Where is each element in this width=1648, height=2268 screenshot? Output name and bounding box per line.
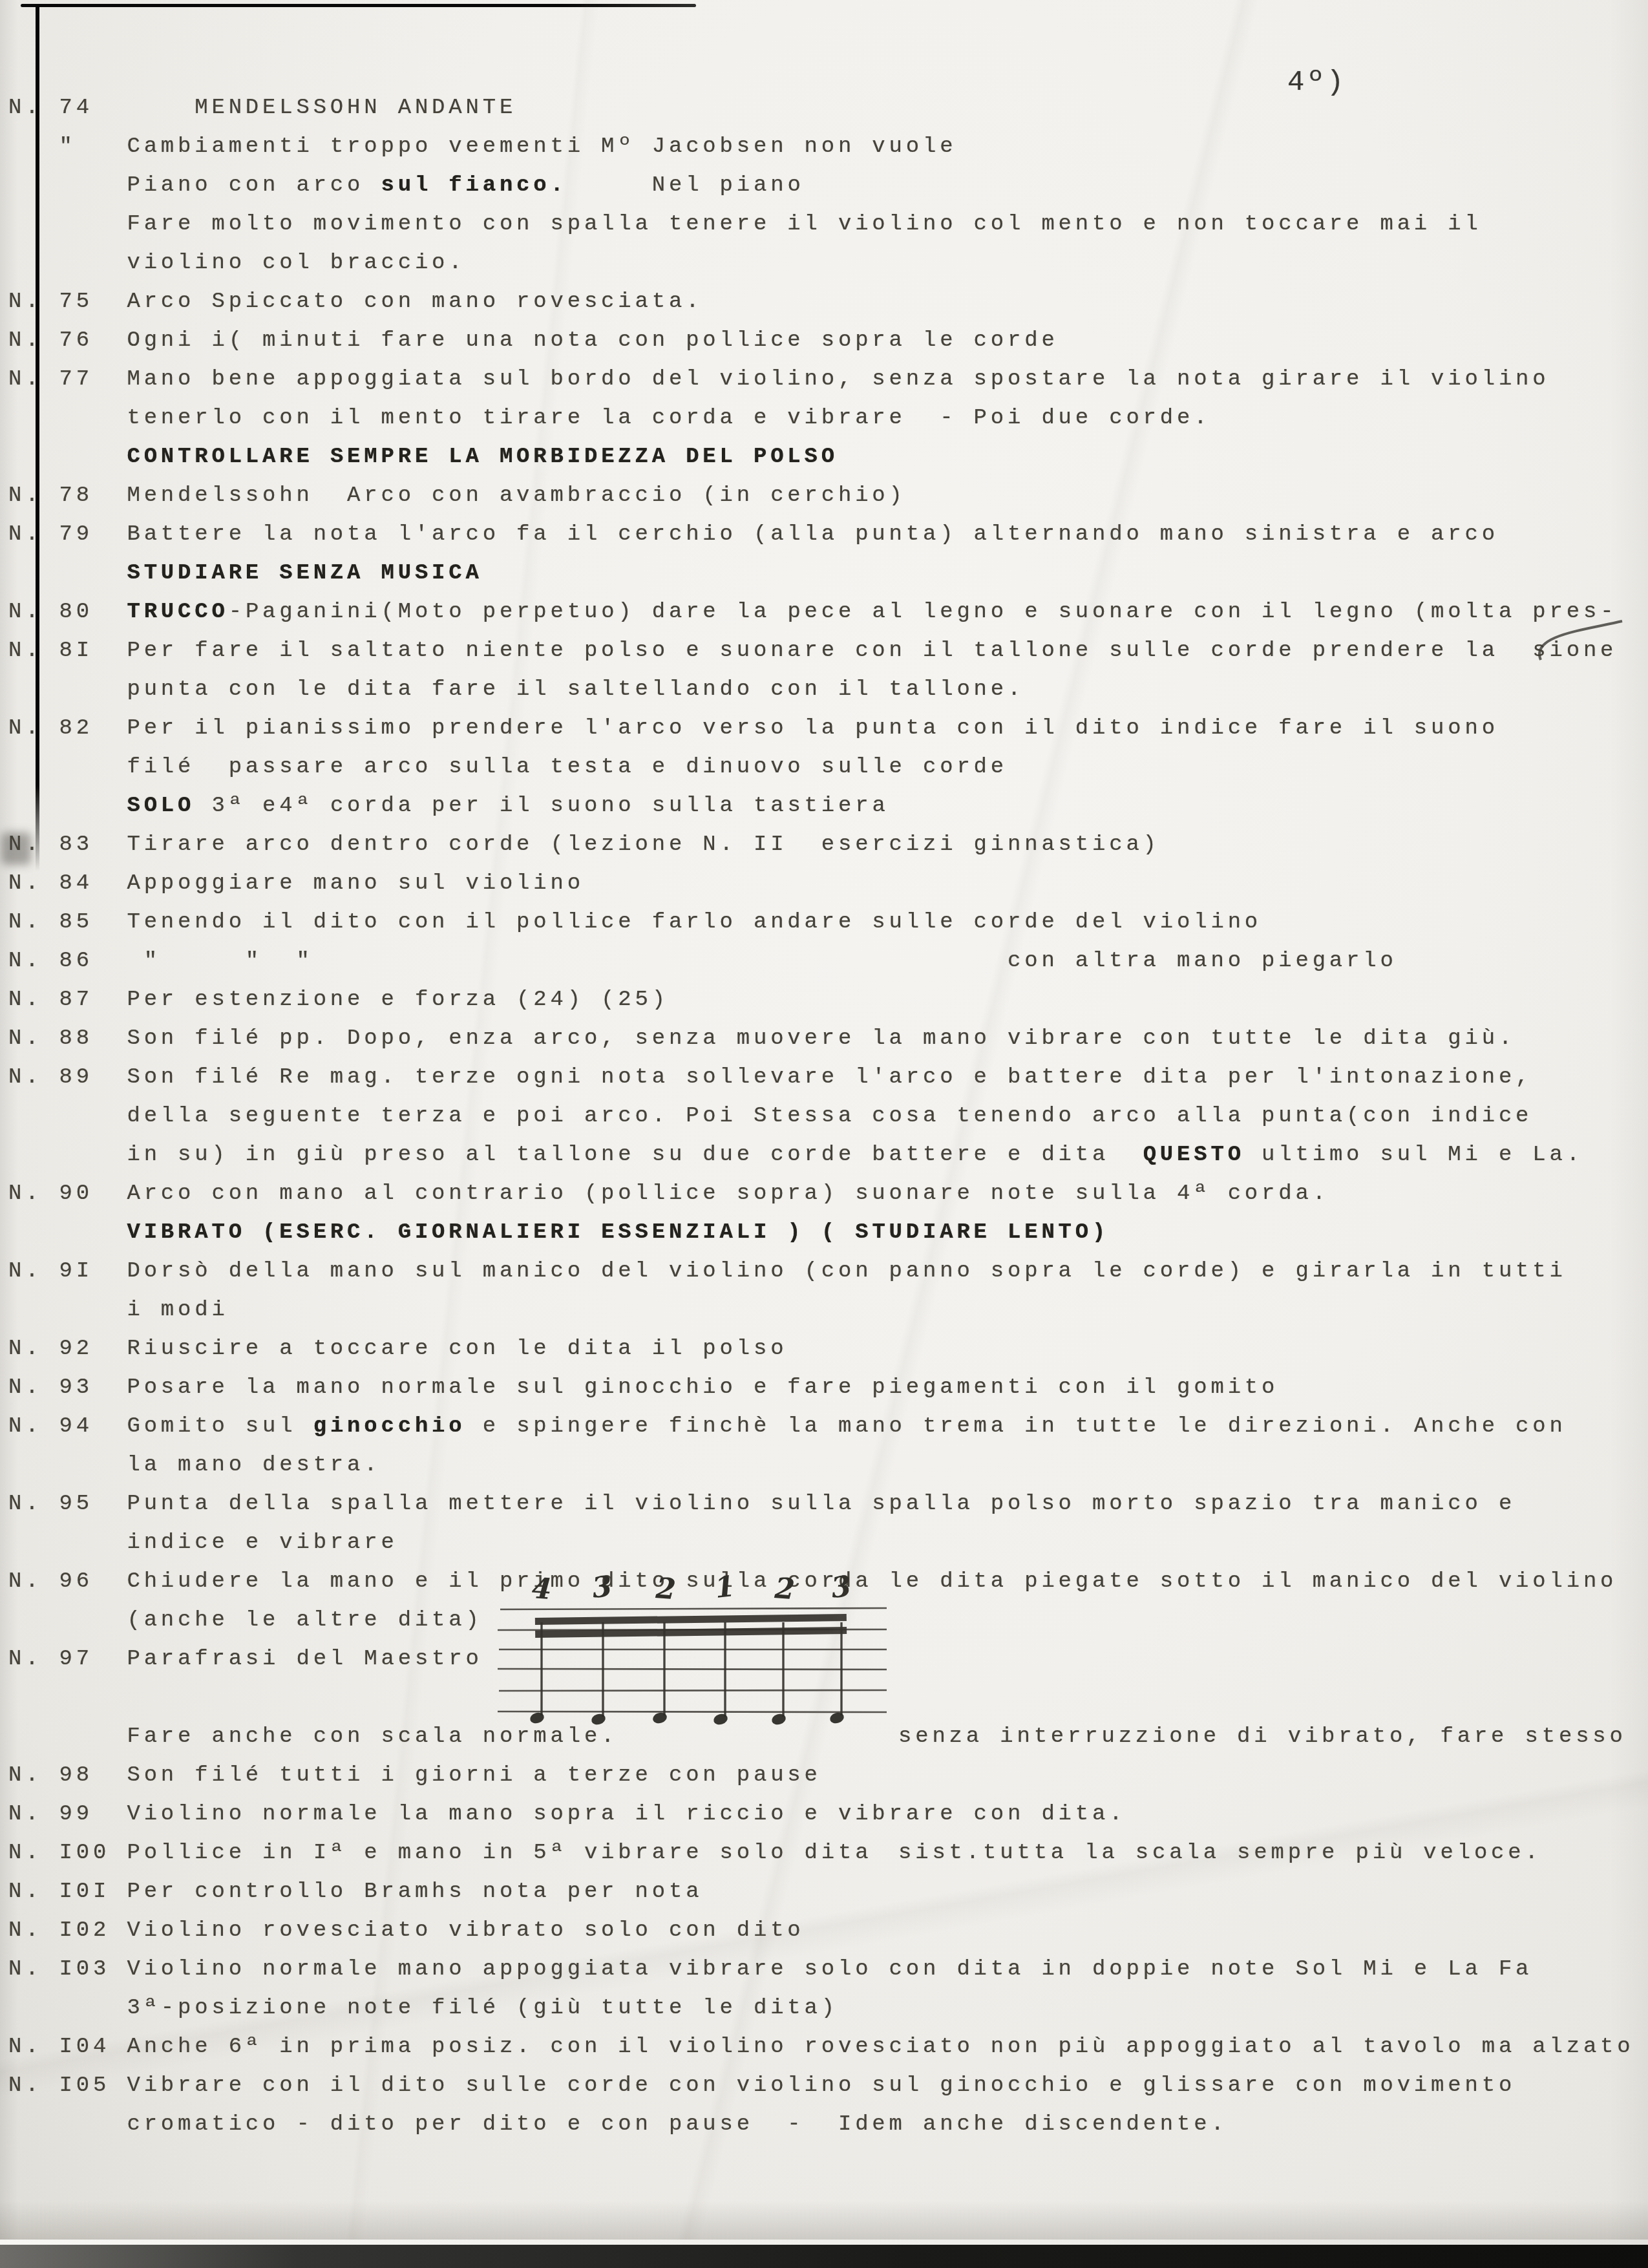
doc-line: la mano destra. (8, 1446, 1634, 1485)
doc-line: N. 87 Per estenzione e forza (24) (25) (8, 980, 1634, 1019)
doc-line: della seguente terza e poi arco. Poi Ste… (8, 1097, 1634, 1136)
doc-line: N. 89 Son filé Re mag. terze ogni nota s… (8, 1058, 1634, 1097)
doc-line: N. 83 Tirare arco dentro corde (lezione … (8, 825, 1634, 864)
doc-line: N. 76 Ogni i( minuti fare una nota con p… (8, 321, 1634, 360)
annotation-line: sist.tutta la scala sempre più veloce. (898, 1834, 1627, 1872)
doc-line: N. I04 Anche 6ª in prima posiz. con il v… (8, 2028, 1634, 2066)
fingering-numbers: 432123 (531, 1570, 852, 1606)
doc-line: N. 82 Per il pianissimo prendere l'arco … (8, 709, 1634, 748)
doc-line: STUDIARE SENZA MUSICA (8, 554, 1634, 593)
page-bottom-edge (0, 2240, 1648, 2245)
doc-line: N. 86 " " " con altra mano piegarlo (8, 942, 1634, 980)
doc-line: VIBRATO (ESERC. GIORNALIERI ESSENZIALI )… (8, 1213, 1634, 1252)
doc-line: N. 95 Punta della spalla mettere il viol… (8, 1485, 1634, 1523)
doc-line: N. 92 Riuscire a toccare con le dita il … (8, 1330, 1634, 1368)
doc-line: N. 90 Arco con mano al contrario (pollic… (8, 1174, 1634, 1213)
doc-line: N. 74 MENDELSSOHN ANDANTE (8, 89, 1634, 127)
doc-line: indice e vibrare (8, 1523, 1634, 1562)
scan-edge-top-line (21, 4, 696, 7)
fingering-digit: 3 (830, 1570, 853, 1605)
doc-line: N. 80 TRUCCO-Paganini(Moto perpetuo) dar… (8, 593, 1634, 631)
doc-line: punta con le dita fare il saltellando co… (8, 670, 1634, 709)
doc-line: N. 94 Gomito sul ginocchio e spingere fi… (8, 1407, 1634, 1446)
doc-line: tenerlo con il mento tirare la corda e v… (8, 399, 1634, 438)
doc-line: i modi (8, 1291, 1634, 1330)
fingering-digit: 1 (713, 1570, 737, 1605)
doc-line: cromatico - dito per dito e con pause - … (8, 2105, 1634, 2144)
doc-line: N. 8I Per fare il saltato niente polso e… (8, 631, 1634, 670)
hyphen-connector-curve (1519, 617, 1635, 675)
music-staff: 432123 (491, 1569, 892, 1739)
doc-line: 3ª-posizione note filé (giù tutte le dit… (8, 1989, 1634, 2028)
doc-line: Piano con arco sul fianco. Nel piano (8, 166, 1634, 205)
annotation-line: senza interruzzione di vibrato, fare ste… (898, 1717, 1627, 1756)
doc-line: N. 79 Battere la nota l'arco fa il cerch… (8, 515, 1634, 554)
doc-line: N. 78 Mendelssohn Arco con avambraccio (… (8, 476, 1634, 515)
fingering-digit: 2 (654, 1572, 677, 1606)
note-heads (529, 1711, 845, 1726)
doc-line: N. 75 Arco Spiccato con mano rovesciata. (8, 282, 1634, 321)
doc-line: Fare molto movimento con spalla tenere i… (8, 205, 1634, 244)
doc-line: SOLO 3ª e4ª corda per il suono sulla tas… (8, 787, 1634, 825)
fingering-digit: 2 (773, 1572, 796, 1606)
fingering-digit: 4 (531, 1572, 553, 1606)
doc-line: violino col braccio. (8, 244, 1634, 282)
music-annotation: senza interruzzione di vibrato, fare ste… (898, 1640, 1627, 1950)
doc-line: " Cambiamenti troppo veementi Mº Jacobse… (8, 127, 1634, 166)
fingering-digit: 3 (591, 1570, 614, 1605)
doc-line: N. I05 Vibrare con il dito sulle corde c… (8, 2066, 1634, 2105)
scan-edge-bottom-band (0, 2245, 1648, 2268)
doc-line: N. 88 Son filé pp. Dopo, enza arco, senz… (8, 1019, 1634, 1058)
doc-line: N. 93 Posare la mano normale sul ginocch… (8, 1368, 1634, 1407)
doc-line: filé passare arco sulla testa e dinuovo … (8, 748, 1634, 787)
scanned-page: 4º) N. 74 MENDELSSOHN ANDANTE " Cambiame… (0, 0, 1648, 2268)
doc-line: CONTROLLARE SEMPRE LA MORBIDEZZA DEL POL… (8, 438, 1634, 476)
doc-line: N. 85 Tenendo il dito con il pollice far… (8, 903, 1634, 942)
note-beam (535, 1614, 847, 1638)
doc-line: N. 84 Appoggiare mano sul violino (8, 864, 1634, 903)
doc-line: N. I03 Violino normale mano appoggiata v… (8, 1950, 1634, 1989)
doc-line: N. 9I Dorsò della mano sul manico del vi… (8, 1252, 1634, 1291)
doc-line: in su) in giù preso al tallone su due co… (8, 1136, 1634, 1174)
doc-line: N. 77 Mano bene appoggiata sul bordo del… (8, 360, 1634, 399)
